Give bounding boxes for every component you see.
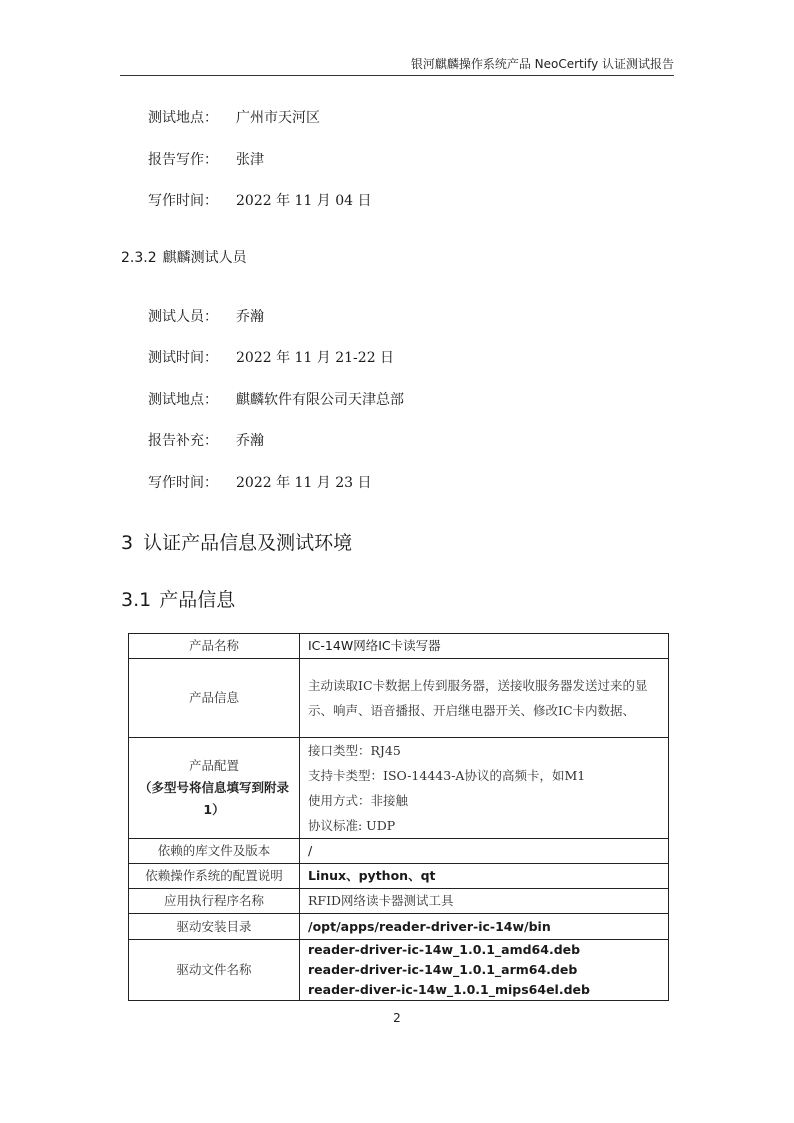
row-value: IC-14W网络IC卡读写器 <box>300 634 669 659</box>
table-row: 依赖操作系统的配置说明 Linux、python、qt <box>129 864 669 889</box>
row-key: 产品信息 <box>129 659 300 738</box>
section-number: 2.3.2 <box>121 250 157 266</box>
row-value: Linux、python、qt <box>300 864 669 889</box>
page-header: 银河麒麟操作系统产品 NeoCertify 认证测试报告 <box>120 55 674 75</box>
table-row: 驱动文件名称 reader-driver-ic-14w_1.0.1_amd64.… <box>129 940 669 1001</box>
info-value: 乔瀚 <box>236 433 264 449</box>
info-label: 测试地点： <box>148 389 236 409</box>
info-value: 2022 年 11 月 21-22 日 <box>236 350 394 366</box>
info-line-report-writer: 报告写作：张津 <box>148 149 264 169</box>
info-line-test-location: 测试地点：广州市天河区 <box>148 107 320 127</box>
table-row: 应用执行程序名称 RFID网络读卡器测试工具 <box>129 889 669 914</box>
info-label: 测试地点： <box>148 107 236 127</box>
info-line-tester: 测试人员：乔瀚 <box>148 306 264 326</box>
row-key: 驱动安装目录 <box>129 914 300 940</box>
table-row: 产品信息 主动读取IC卡数据上传到服务器，送接收服务器发送过来的显示、响声、语音… <box>129 659 669 738</box>
driver-file: reader-driver-ic-14w_1.0.1_arm64.deb <box>308 960 660 980</box>
row-key: 产品名称 <box>129 634 300 659</box>
section-heading-3-1: 3.1产品信息 <box>121 585 235 612</box>
row-key-main: 产品配置 <box>137 755 291 777</box>
info-label: 测试时间： <box>148 347 236 367</box>
row-value: /opt/apps/reader-driver-ic-14w/bin <box>300 914 669 940</box>
info-label: 写作时间： <box>148 190 236 210</box>
info-value: 广州市天河区 <box>236 110 320 126</box>
info-label: 写作时间： <box>148 472 236 492</box>
config-line: 协议标准: UDP <box>308 813 660 838</box>
info-label: 测试人员： <box>148 306 236 326</box>
info-line-test-time: 测试时间：2022 年 11 月 21-22 日 <box>148 347 394 367</box>
row-key: 应用执行程序名称 <box>129 889 300 914</box>
row-key: 产品配置 （多型号将信息填写到附录 1） <box>129 738 300 839</box>
row-key-note: （多型号将信息填写到附录 1） <box>137 777 291 821</box>
section-number: 3 <box>121 532 133 554</box>
info-value: 2022 年 11 月 23 日 <box>236 475 372 491</box>
row-value: 主动读取IC卡数据上传到服务器，送接收服务器发送过来的显示、响声、语音播报、开启… <box>300 659 669 738</box>
table-row: 驱动安装目录 /opt/apps/reader-driver-ic-14w/bi… <box>129 914 669 940</box>
info-value: 张津 <box>236 152 264 168</box>
info-value: 麒麟软件有限公司天津总部 <box>236 392 404 408</box>
table-row: 依赖的库文件及版本 / <box>129 839 669 864</box>
section-title: 麒麟测试人员 <box>163 250 247 266</box>
row-key: 依赖的库文件及版本 <box>129 839 300 864</box>
info-line-report-supplement: 报告补充：乔瀚 <box>148 430 264 450</box>
page-number: 2 <box>0 1011 794 1025</box>
header-divider <box>120 75 674 76</box>
product-info-table: 产品名称 IC-14W网络IC卡读写器 产品信息 主动读取IC卡数据上传到服务器… <box>128 633 669 1001</box>
info-line-test-location: 测试地点：麒麟软件有限公司天津总部 <box>148 389 404 409</box>
info-line-writing-time: 写作时间：2022 年 11 月 04 日 <box>148 190 372 210</box>
section-heading-3: 3认证产品信息及测试环境 <box>121 528 352 555</box>
info-label: 报告写作： <box>148 149 236 169</box>
info-value: 2022 年 11 月 04 日 <box>236 193 372 209</box>
info-value: 乔瀚 <box>236 309 264 325</box>
info-line-writing-time: 写作时间：2022 年 11 月 23 日 <box>148 472 372 492</box>
config-line: 接口类型：RJ45 <box>308 738 660 763</box>
info-label: 报告补充： <box>148 430 236 450</box>
table-row: 产品名称 IC-14W网络IC卡读写器 <box>129 634 669 659</box>
section-heading-2-3-2: 2.3.2麒麟测试人员 <box>121 247 247 267</box>
row-value: 接口类型：RJ45 支持卡类型：ISO-14443-A协议的高频卡，如M1 使用… <box>300 738 669 839</box>
row-key: 驱动文件名称 <box>129 940 300 1001</box>
row-key: 依赖操作系统的配置说明 <box>129 864 300 889</box>
section-number: 3.1 <box>121 589 151 611</box>
driver-file: reader-diver-ic-14w_1.0.1_mips64el.deb <box>308 980 660 1000</box>
config-line: 使用方式：非接触 <box>308 788 660 813</box>
row-value: / <box>300 839 669 864</box>
table-row: 产品配置 （多型号将信息填写到附录 1） 接口类型：RJ45 支持卡类型：ISO… <box>129 738 669 839</box>
section-title: 产品信息 <box>159 589 235 611</box>
config-line: 支持卡类型：ISO-14443-A协议的高频卡，如M1 <box>308 763 660 788</box>
driver-file: reader-driver-ic-14w_1.0.1_amd64.deb <box>308 940 660 960</box>
row-value: RFID网络读卡器测试工具 <box>300 889 669 914</box>
section-title: 认证产品信息及测试环境 <box>143 532 352 554</box>
row-value: reader-driver-ic-14w_1.0.1_amd64.deb rea… <box>300 940 669 1001</box>
